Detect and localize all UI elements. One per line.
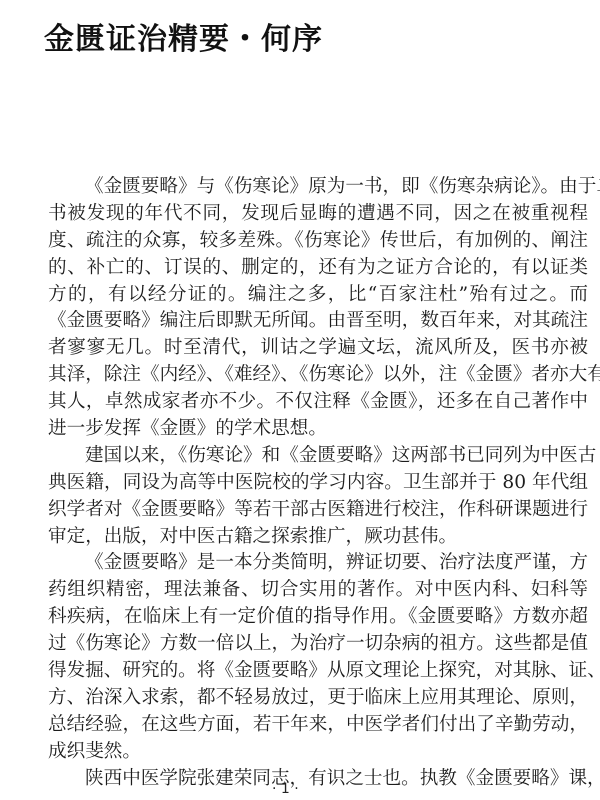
text-line: 其人，卓然成家者亦不少。不仅注释《金匮》，还多在自己著作中 <box>48 389 588 416</box>
text-line: 药组织精密，理法兼备、切合实用的著作。对中医内科、妇科等 <box>48 577 588 604</box>
text-line: 《金匮要略》与《伤寒论》原为一书，即《伤寒杂病论》。由于二 <box>48 174 588 201</box>
text-line: 《金匮要略》编注后即默无所闻。由晋至明，数百年来，对其疏注 <box>48 308 588 335</box>
text-line: 其泽，除注《内经》、《难经》、《伤寒论》以外，注《金匮》者亦大有 <box>48 362 588 389</box>
text-line: 过《伤寒论》方数一倍以上，为治疗一切杂病的祖方。这些都是值 <box>48 631 588 658</box>
text-line: 方的，有以经分证的。编注之多，比“百家注杜”殆有过之。而 <box>48 282 588 309</box>
text-line: 书被发现的年代不同，发现后显晦的遭遇不同，因之在被重视程 <box>48 201 588 228</box>
text-line: 《金匮要略》是一本分类简明，辨证切要、治疗法度严谨，方 <box>48 550 588 577</box>
text-line: 科疾病，在临床上有一定价值的指导作用。《金匮要略》方数亦超 <box>48 604 588 631</box>
page-title: 金匮证治精要・何序 <box>44 14 323 58</box>
text-line: 度、疏注的众寡，较多差殊。《伤寒论》传世后，有加例的、阐注 <box>48 228 588 255</box>
text-line: 的、补亡的、订误的、删定的，还有为之证方合论的，有以证类 <box>48 255 588 282</box>
page-number: · 1 · <box>272 781 299 797</box>
text-line: 方、治深入求索，都不轻易放过，更于临床上应用其理论、原则， <box>48 685 588 712</box>
text-line: 者寥寥无几。时至清代，训诂之学遍文坛，流风所及，医书亦被 <box>48 335 588 362</box>
text-line: 审定，出版，对中医古籍之探索推广，厥功甚伟。 <box>48 524 588 551</box>
text-line: 进一步发挥《金匮》的学术思想。 <box>48 416 588 443</box>
text-line: 织学者对《金匮要略》等若干部古医籍进行校注，作科研课题进行 <box>48 497 588 524</box>
text-line: 陕西中医学院张建荣同志，有识之士也。执教《金匮要略》课， <box>48 766 588 793</box>
text-line: 建国以来，《伤寒论》和《金匮要略》这两部书已同列为中医古 <box>48 443 588 470</box>
text-line: 典医籍，同设为高等中医院校的学习内容。卫生部并于 80 年代组 <box>48 470 588 497</box>
preface-body: 《金匮要略》与《伤寒论》原为一书，即《伤寒杂病论》。由于二书被发现的年代不同，发… <box>48 174 588 792</box>
text-line: 成织斐然。 <box>48 739 588 766</box>
text-line: 总结经验，在这些方面，若干年来，中医学者们付出了辛勤劳动， <box>48 712 588 739</box>
text-line: 得发掘、研究的。将《金匮要略》从原文理论上探究，对其脉、证、 <box>48 658 588 685</box>
